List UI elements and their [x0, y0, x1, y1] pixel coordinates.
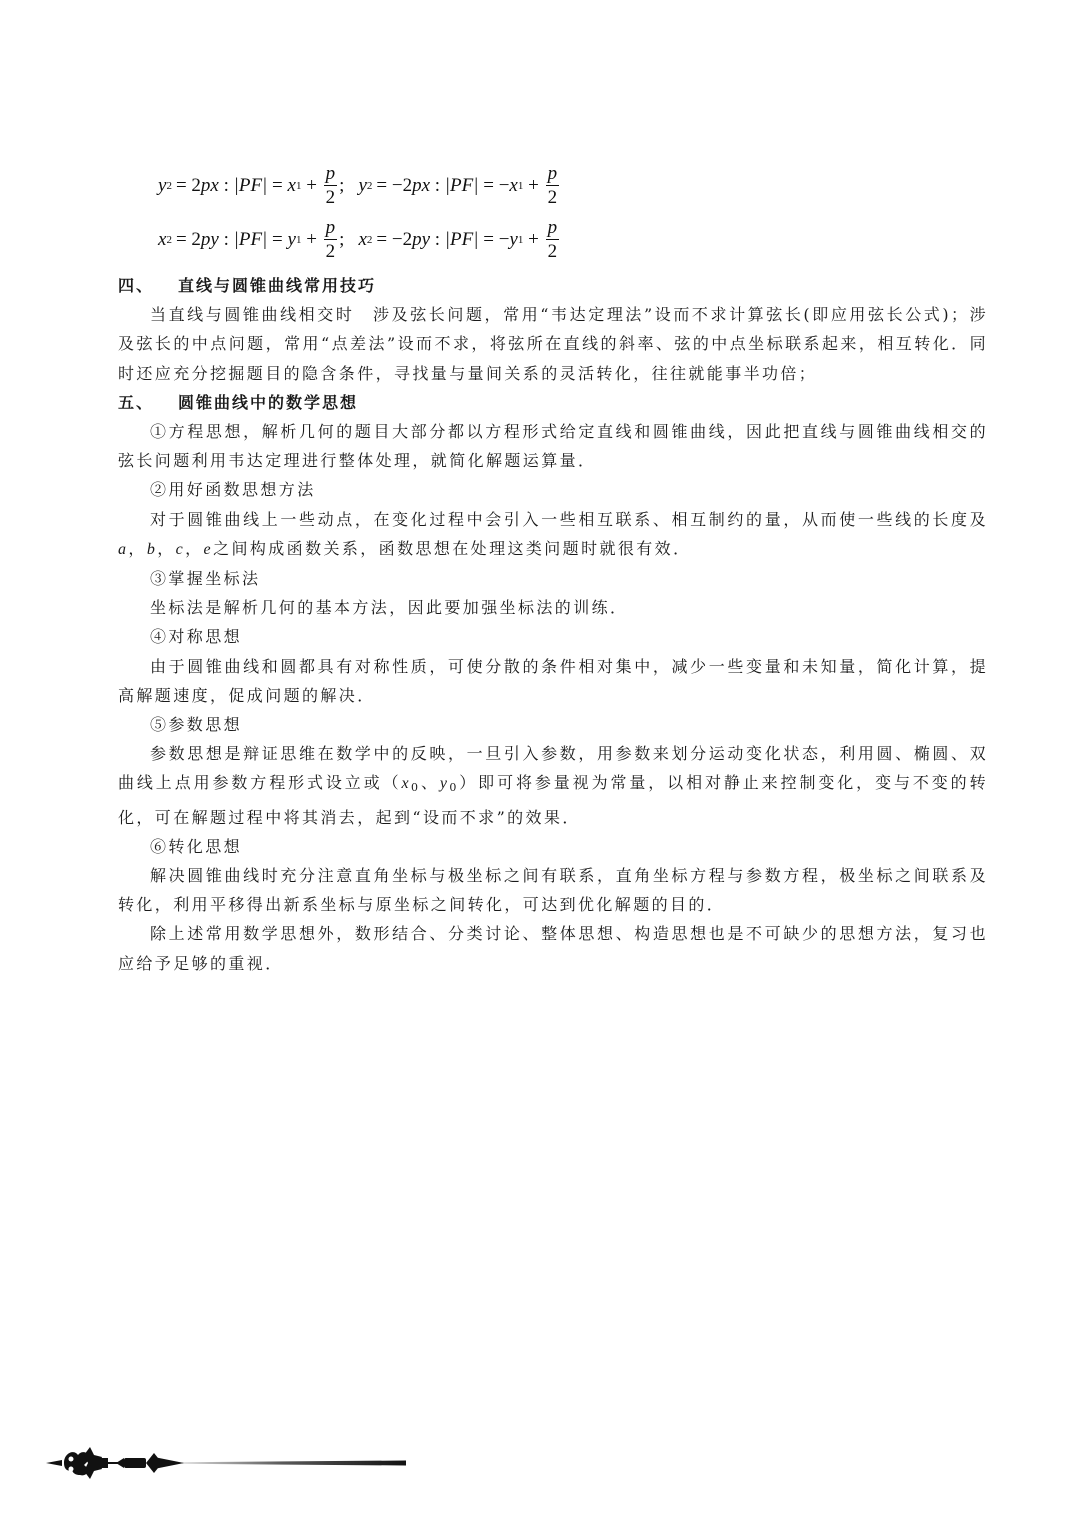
formula-text: −	[499, 175, 510, 197]
formula-text: ;	[339, 229, 344, 251]
item-6-title: ⑥转化思想	[118, 832, 988, 861]
math-var: c	[176, 541, 186, 558]
formula-text: −	[499, 229, 510, 251]
math-var: x	[402, 775, 412, 792]
section-title: 直线与圆锥曲线常用技巧	[178, 276, 376, 295]
section-number: 四、	[118, 271, 178, 300]
formula-text: ;	[339, 175, 344, 197]
formula-exponent: 2	[367, 180, 373, 192]
section-title: 圆锥曲线中的数学思想	[178, 393, 358, 412]
formula-text: = 2	[176, 229, 201, 251]
formula-text: =	[267, 175, 287, 197]
formula-var: px	[201, 175, 219, 197]
formula-var: y	[288, 229, 296, 251]
formula-var: x	[158, 229, 166, 251]
closing-paragraph: 除上述常用数学思想外，数形结合、分类讨论、整体思想、构造思想也是不可缺少的思想方…	[118, 919, 988, 977]
formula-text: :	[430, 229, 445, 251]
formula-var: py	[201, 229, 219, 251]
formula-row-2: x2 = 2 py : |PF| = y1 + p2 ; x2 = −2 py …	[158, 218, 561, 261]
formula-text: :	[430, 175, 445, 197]
formula-row-1: y2 = 2 px : |PF| = x1 + p2 ; y2 = −2 px …	[158, 164, 561, 207]
formula-text: =	[267, 229, 287, 251]
formula-text: +	[301, 175, 321, 197]
item-4-paragraph: 由于圆锥曲线和圆都具有对称性质，可使分散的条件相对集中，减少一些变量和未知量，简…	[118, 652, 988, 710]
section-number: 五、	[118, 388, 178, 417]
item-5-paragraph: 参数思想是辩证思维在数学中的反映，一旦引入参数，用参数来划分运动变化状态，利用圆…	[118, 739, 988, 832]
item-6-paragraph: 解决圆锥曲线时充分注意直角坐标与极坐标之间有联系，直角坐标方程与参数方程，极坐标…	[118, 861, 988, 919]
math-var: e	[204, 541, 214, 558]
formula-text: +	[301, 229, 321, 251]
formula-text: = −2	[376, 175, 412, 197]
formula-abs: |PF|	[234, 175, 268, 197]
section-5-heading: 五、圆锥曲线中的数学思想	[118, 388, 988, 417]
item-3-title: ③掌握坐标法	[118, 564, 988, 593]
fraction: p2	[324, 164, 338, 207]
document-body: 四、直线与圆锥曲线常用技巧 当直线与圆锥曲线相交时 涉及弦长问题，常用“韦达定理…	[118, 271, 988, 978]
formula-text: +	[523, 175, 543, 197]
fraction: p2	[546, 218, 560, 261]
formula-exponent: 2	[166, 180, 172, 192]
formula-var: y	[358, 175, 366, 197]
formula-text: :	[219, 175, 234, 197]
formula-var: x	[509, 175, 517, 197]
formula-abs: |PF|	[234, 229, 268, 251]
item-3-paragraph: 坐标法是解析几何的基本方法，因此要加强坐标法的训练．	[118, 593, 988, 622]
math-var: a	[118, 541, 128, 558]
formula-var: x	[358, 229, 366, 251]
math-var: y	[440, 775, 450, 792]
formula-text: = −2	[376, 229, 412, 251]
formula-abs: |PF|	[445, 229, 479, 251]
formula-text: :	[219, 229, 234, 251]
formula-text: =	[478, 175, 498, 197]
formula-var: y	[509, 229, 517, 251]
document-page: y2 = 2 px : |PF| = x1 + p2 ; y2 = −2 px …	[0, 0, 1075, 1518]
item-4-title: ④对称思想	[118, 622, 988, 651]
formula-var: py	[412, 229, 430, 251]
fraction: p2	[324, 218, 338, 261]
item-2-paragraph: 对于圆锥曲线上一些动点，在变化过程中会引入一些相互联系、相互制约的量，从而使一些…	[118, 505, 988, 564]
formula-exponent: 2	[367, 234, 373, 246]
formula-exponent: 2	[166, 234, 172, 246]
formula-var: px	[412, 175, 430, 197]
formula-abs: |PF|	[445, 175, 479, 197]
formula-var: x	[288, 175, 296, 197]
formula-text: +	[523, 229, 543, 251]
math-var: b	[147, 541, 157, 558]
item-5-title: ⑤参数思想	[118, 710, 988, 739]
item-2-title: ②用好函数思想方法	[118, 475, 988, 504]
fraction: p2	[546, 164, 560, 207]
formula-var: y	[158, 175, 166, 197]
item-1-paragraph: ①方程思想，解析几何的题目大部分都以方程形式给定直线和圆锥曲线，因此把直线与圆锥…	[118, 417, 988, 475]
section-4-heading: 四、直线与圆锥曲线常用技巧	[118, 271, 988, 300]
decorative-fleuron-rule-icon	[44, 1443, 406, 1483]
formula-text: =	[478, 229, 498, 251]
formula-text: = 2	[176, 175, 201, 197]
section-4-paragraph: 当直线与圆锥曲线相交时 涉及弦长问题，常用“韦达定理法”设而不求计算弦长(即应用…	[118, 300, 988, 388]
